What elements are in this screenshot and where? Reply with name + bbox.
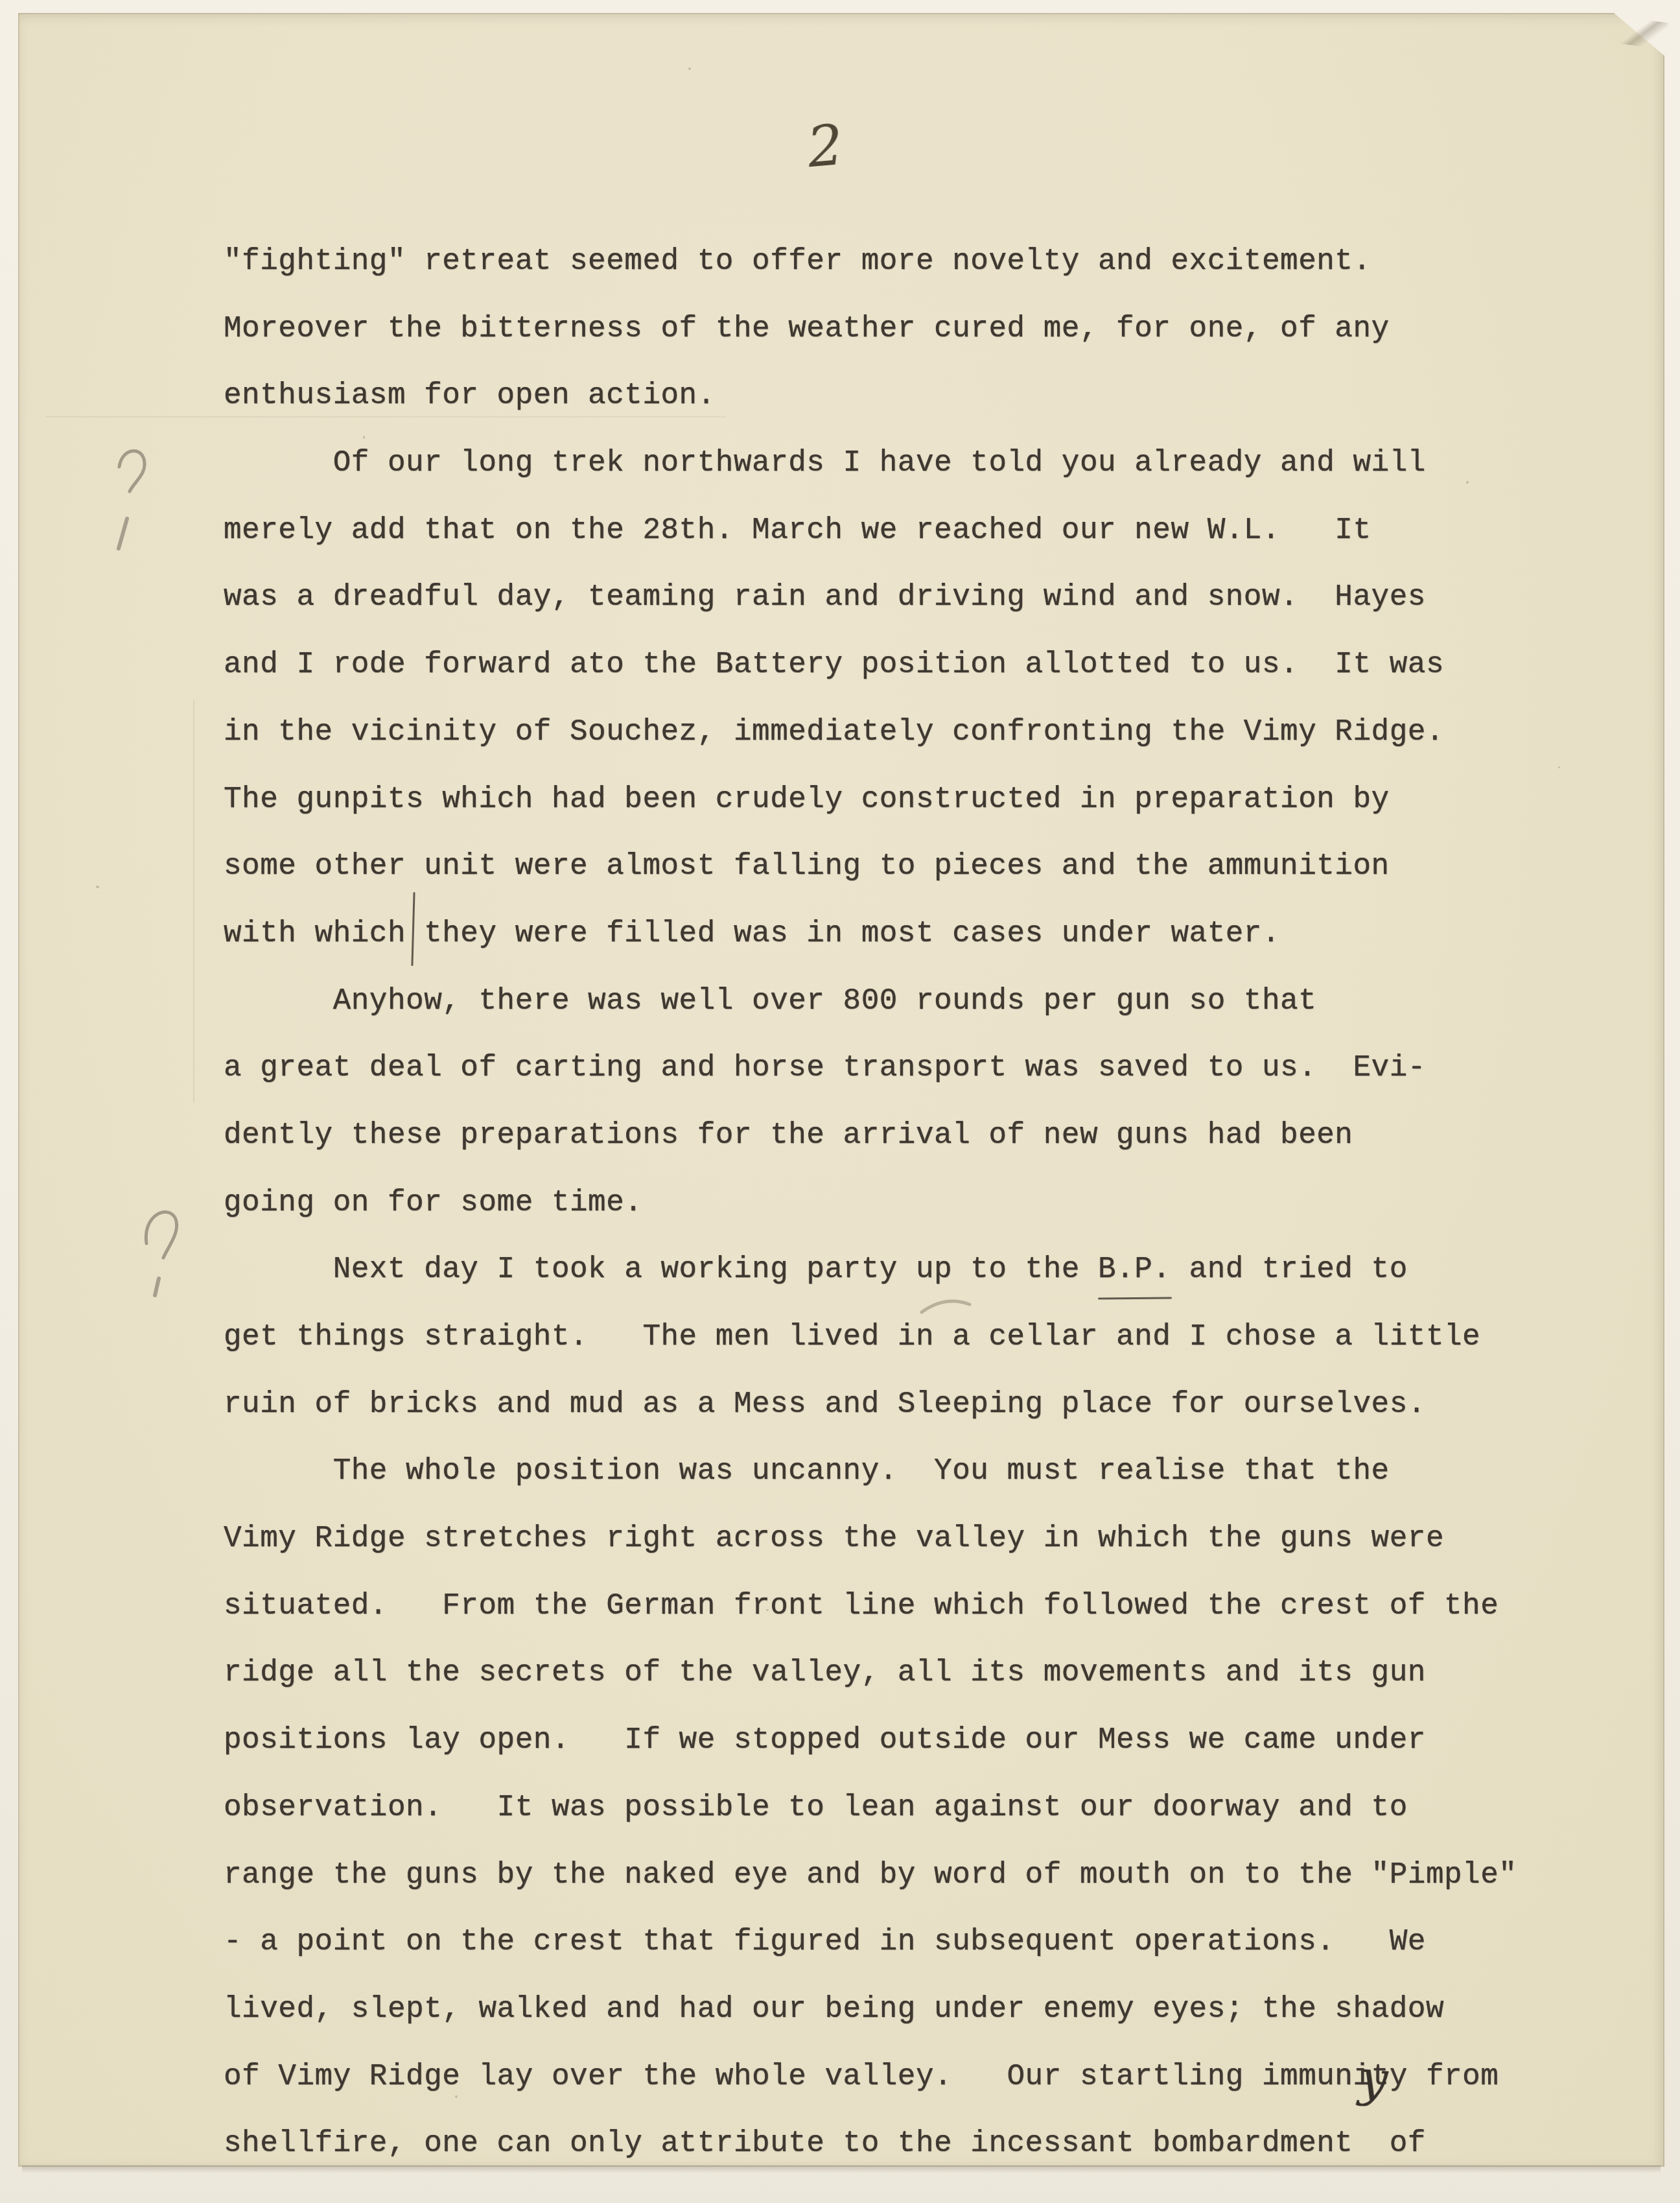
margin-question-mark-icon bbox=[127, 1197, 187, 1301]
handwritten-letter-y: y bbox=[1357, 2049, 1390, 2108]
text-line: Vimy Ridge stretches right across the va… bbox=[224, 1505, 1517, 1573]
text-line: and I rode forward ato the Battery posit… bbox=[224, 631, 1517, 699]
text-line: some other unit were almost falling to p… bbox=[224, 833, 1517, 901]
text-line: lived, slept, walked and had our being u… bbox=[224, 1976, 1517, 2044]
margin-question-mark-icon bbox=[97, 440, 157, 552]
text-line: merely add that on the 28th. March we re… bbox=[224, 497, 1517, 565]
paper-crease bbox=[193, 700, 194, 1102]
text-line: positions lay open. If we stopped outsid… bbox=[224, 1707, 1517, 1774]
paper-speck bbox=[1558, 766, 1560, 768]
text-line: with which they were filled was in most … bbox=[224, 901, 1517, 968]
text-line: get things straight. The men lived in a … bbox=[224, 1304, 1517, 1371]
scanned-page: 2 "fighting" retreat seemed to offer mor… bbox=[0, 0, 1680, 2203]
paper-stain bbox=[251, 1127, 255, 1130]
text-line: The gunpits which had been crudely const… bbox=[224, 766, 1517, 834]
paper-speck bbox=[455, 2095, 458, 2098]
text-line: shellfire, one can only attribute to the… bbox=[224, 2110, 1517, 2178]
pencil-tick-icon bbox=[919, 1298, 972, 1316]
text-line: "fighting" retreat seemed to offer more … bbox=[224, 228, 1517, 296]
text-line: range the guns by the naked eye and by w… bbox=[224, 1842, 1517, 1909]
text-line: dently these preparations for the arriva… bbox=[224, 1102, 1517, 1170]
paper-speck bbox=[96, 886, 99, 888]
paper-speck bbox=[363, 436, 365, 439]
text-line: - a point on the crest that figured in s… bbox=[224, 1909, 1517, 1976]
text-line: a great deal of carting and horse transp… bbox=[224, 1035, 1517, 1102]
text-line: Moreover the bitterness of the weather c… bbox=[224, 296, 1517, 363]
paper-speck bbox=[688, 67, 691, 70]
text-line: was a dreadful day, teaming rain and dri… bbox=[224, 564, 1517, 631]
typed-text: "fighting" retreat seemed to offer more … bbox=[224, 228, 1517, 2178]
text-line: The whole position was uncanny. You must… bbox=[224, 1438, 1517, 1505]
text-line: Anyhow, there was well over 800 rounds p… bbox=[224, 968, 1517, 1035]
text-line: of Vimy Ridge lay over the whole valley.… bbox=[224, 2044, 1517, 2111]
text-line: situated. From the German front line whi… bbox=[224, 1573, 1517, 1640]
handwritten-page-number: 2 bbox=[805, 113, 846, 180]
text-line: observation. It was possible to lean aga… bbox=[224, 1774, 1517, 1842]
text-line: Of our long trek northwards I have told … bbox=[224, 430, 1517, 497]
text-line: going on for some time. bbox=[224, 1170, 1517, 1237]
paper-speck bbox=[1466, 481, 1469, 484]
text-line: Next day I took a working party up to th… bbox=[224, 1236, 1517, 1304]
text-line: in the vicinity of Souchez, immediately … bbox=[224, 699, 1517, 766]
text-line: enthusiasm for open action. bbox=[224, 362, 1517, 430]
text-line: ridge all the secrets of the valley, all… bbox=[224, 1640, 1517, 1707]
text-line: ruin of bricks and mud as a Mess and Sle… bbox=[224, 1371, 1517, 1439]
paper-speck bbox=[766, 1609, 769, 1611]
